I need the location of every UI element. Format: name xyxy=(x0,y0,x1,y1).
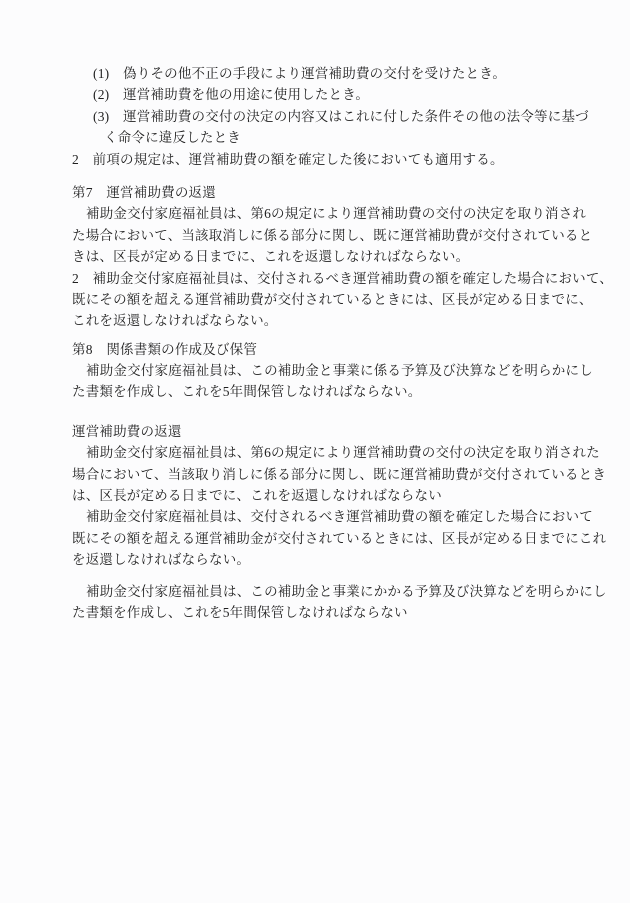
text-line: 補助金交付家庭福祉員は、交付されるべき運営補助費の額を確定した場合において xyxy=(86,506,582,527)
list-item-3-continuation: く命令に違反したとき xyxy=(104,127,582,148)
text-line: 補助金交付家庭福祉員は、第6の規定により運営補助費の交付の決定を取り消された xyxy=(86,442,582,463)
document-page: (1) 偽りその他不正の手段により運営補助費の交付を受けたとき。 (2) 運営補… xyxy=(0,0,630,903)
document-body: (1) 偽りその他不正の手段により運営補助費の交付を受けたとき。 (2) 運営補… xyxy=(72,63,582,623)
text-line: 補助金交付家庭福祉員は、第6の規定により運営補助費の交付の決定を取り消され xyxy=(86,203,582,224)
section-documents-revision: 補助金交付家庭福祉員は、この補助金と事業にかかる予算及び決算などを明らかにし た… xyxy=(72,581,582,624)
return-heading: 運営補助費の返還 xyxy=(72,421,582,442)
section-article8: 第8 関係書類の作成及び保管 補助金交付家庭福祉員は、この補助金と事業に係る予算… xyxy=(72,339,582,403)
text-line: きは、区長が定める日までに、これを返還しなければならない。 xyxy=(72,246,582,267)
text-line: 既にその額を超える運営補助費が交付されているときには、区長が定める日までに、 xyxy=(72,289,582,310)
text-line: 補助金交付家庭福祉員は、この補助金と事業に係る予算及び決算などを明らかにし xyxy=(86,360,582,381)
section-article7: 第7 運営補助費の返還 補助金交付家庭福祉員は、第6の規定により運営補助費の交付… xyxy=(72,182,582,332)
text-line: た書類を作成し、これを5年間保管しなければならない xyxy=(72,602,582,623)
text-line: 補助金交付家庭福祉員は、この補助金と事業にかかる予算及び決算などを明らかにし xyxy=(86,581,582,602)
list-item-1: (1) 偽りその他不正の手段により運営補助費の交付を受けたとき。 xyxy=(93,63,582,84)
text-line: 場合において、当該取り消しに係る部分に関し、既に運営補助費が交付されているとき xyxy=(72,464,582,485)
text-line: た場合において、当該取消しに係る部分に関し、既に運営補助費が交付されていると xyxy=(72,225,582,246)
text-line: を返還しなければならない。 xyxy=(72,549,582,570)
text-line: は、区長が定める日までに、これを返還しなければならない xyxy=(72,485,582,506)
clause-2-line: 2 前項の規定は、運営補助費の額を確定した後においても適用する。 xyxy=(72,149,582,170)
list-item-3: (3) 運営補助費の交付の決定の内容又はこれに付した条件その他の法令等に基づ xyxy=(93,106,582,127)
text-line: これを返還しなければならない。 xyxy=(72,310,582,331)
section-return-revision: 運営補助費の返還 補助金交付家庭福祉員は、第6の規定により運営補助費の交付の決定… xyxy=(72,421,582,571)
list-item-2: (2) 運営補助費を他の用途に使用したとき。 xyxy=(93,84,582,105)
text-line: た書類を作成し、これを5年間保管しなければならない。 xyxy=(72,381,582,402)
article8-heading: 第8 関係書類の作成及び保管 xyxy=(72,339,582,360)
section-article6-items: (1) 偽りその他不正の手段により運営補助費の交付を受けたとき。 (2) 運営補… xyxy=(72,63,582,170)
clause-2-line: 2 補助金交付家庭福祉員は、交付されるべき運営補助費の額を確定した場合において、 xyxy=(72,268,582,289)
text-line: 既にその額を超える運営補助金が交付されているときには、区長が定める日までにこれ xyxy=(72,528,582,549)
article7-heading: 第7 運営補助費の返還 xyxy=(72,182,582,203)
